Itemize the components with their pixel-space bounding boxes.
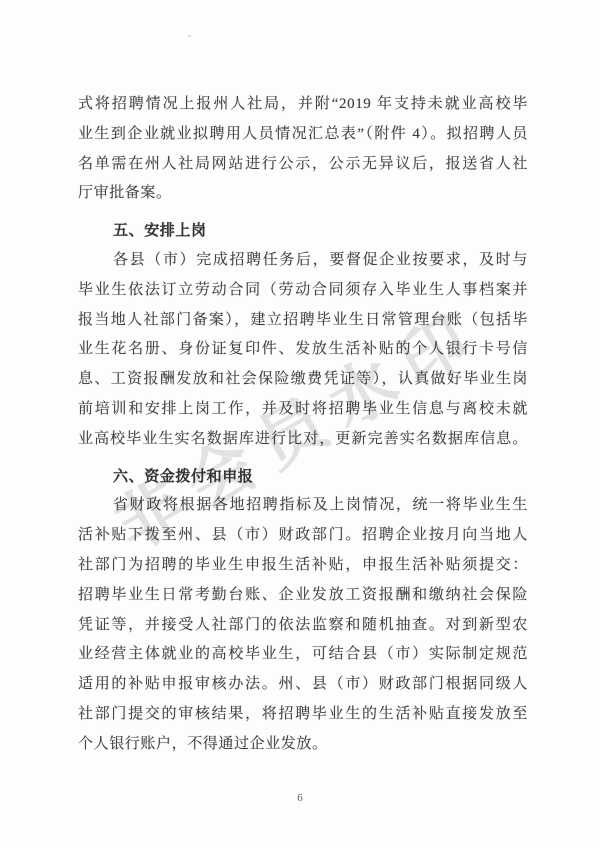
text-line: 业经营主体就业的高校毕业生，可结合县（市）实际制定规范: [78, 640, 528, 670]
text-line: 名单需在州人社局网站进行公示，公示无异议后，报送省人社: [78, 150, 528, 180]
text-line: 业高校毕业生实名数据库进行比对，更新完善实名数据库信息。: [78, 425, 528, 455]
section-heading: 五、安排上岗: [78, 216, 528, 246]
text-line: 各县（市）完成招聘任务后，要督促企业按要求，及时与: [78, 246, 528, 276]
document-page: 非会员水印 式将招聘情况上报州人社局，并附“2019 年支持未就业高校毕业生到企…: [0, 0, 600, 848]
scan-speck: [188, 35, 191, 37]
text-line: 活补贴下拨至州、县（市）财政部门。招聘企业按月向当地人: [78, 521, 528, 551]
text-line: 前培训和安排上岗工作，并及时将招聘毕业生信息与离校未就: [78, 395, 528, 425]
text-line: 适用的补贴申报审核办法。州、县（市）财政部门根据同级人: [78, 670, 528, 700]
text-line: 息、工资报酬发放和社会保险缴费凭证等），认真做好毕业生岗: [78, 365, 528, 395]
text-line: 个人银行账户，不得通过企业发放。: [78, 730, 528, 760]
text-line: 毕业生依法订立劳动合同（劳动合同须存入毕业生人事档案并: [78, 276, 528, 306]
text-line: 凭证等，并接受人社部门的依法监察和随机抽查。对到新型农: [78, 611, 528, 641]
text-line: 厅审批备案。: [78, 179, 528, 209]
document-body: 式将招聘情况上报州人社局，并附“2019 年支持未就业高校毕业生到企业就业拟聘用…: [78, 90, 528, 760]
text-line: 报当地人社部门备案），建立招聘毕业生日常管理台账（包括毕: [78, 306, 528, 336]
text-line: 社部门提交的审核结果，将招聘毕业生的生活补贴直接发放至: [78, 700, 528, 730]
text-line: 省财政将根据各地招聘指标及上岗情况，统一将毕业生生: [78, 491, 528, 521]
page-number: 6: [0, 792, 600, 804]
text-line: 招聘毕业生日常考勤台账、企业发放工资报酬和缴纳社会保险: [78, 581, 528, 611]
section-heading: 六、资金拨付和申报: [78, 462, 528, 492]
text-line: 式将招聘情况上报州人社局，并附“2019 年支持未就业高校毕: [78, 90, 528, 120]
text-line: 社部门为招聘的毕业生申报生活补贴，申报生活补贴须提交：: [78, 551, 528, 581]
text-line: 业生到企业就业拟聘用人员情况汇总表”（附件 4）。拟招聘人员: [78, 120, 528, 150]
text-line: 业生花名册、身份证复印件、发放生活补贴的个人银行卡号信: [78, 335, 528, 365]
